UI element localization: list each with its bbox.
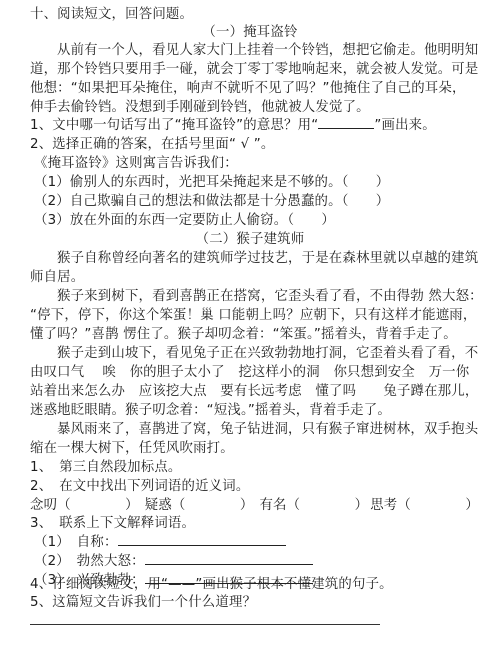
synonym-blank[interactable]: （ ） [57,498,139,513]
worksheet-page: 十、阅读短文，回答问题。 （一）掩耳盗铃 从前有一个人，看见人家大门上挂着一个铃… [0,0,500,660]
synonym-word: 疑惑 [145,498,172,513]
passage2-question-1: 1、 第三自然段加标点。 [30,459,182,477]
underline-mark [318,119,374,129]
passage2-question-2: 2、 在文中找出下列词语的近义词。 [30,478,249,496]
explain-row: （1） 自称： [34,533,286,552]
passage1-title: （一）掩耳盗铃 [0,24,500,42]
explain-row: （2） 勃然大怒： [34,552,313,571]
passage1-line: 他想：“如果把耳朵掩住，响声不就听不见了吗？”他掩住了自己的耳朵， [30,80,466,98]
passage2-line: “停下，停下，你这个笨蛋！巢 口能朝上吗？应朝下，只有这样才能遮雨， [30,307,477,325]
explain-label: （2） 勃然大怒： [34,554,145,569]
passage2-title: （二）猴子建筑师 [0,231,500,249]
question-text: 1、文中哪一句话写出了“掩耳盗铃”的意思？用“ [30,118,318,133]
passage2-question-5: 5、这篇短文告诉我们一个什么道理？ [30,594,256,612]
passage2-line: 缩在一棵大树下，任凭风吹雨打。 [30,440,234,458]
choice-option[interactable]: （1）偷别人的东西时，光把耳朵掩起来是不够的。（ ） [34,174,389,192]
question-text: ”画出来。 [374,118,436,133]
choice-option[interactable]: （3）放在外面的东西一定要防止人偷窃。（ ） [34,212,335,230]
passage2-line: 站着出来怎么办 应该挖大点 要有长远考虑 懂了吗 兔子蹲在那儿， [30,383,479,401]
answer-line[interactable] [118,533,286,546]
passage2-line: 迷惑地眨眼睛。猴子叨念着：“短浅。”摇着头，背着手走了。 [30,402,391,420]
passage1-question-1: 1、文中哪一句话写出了“掩耳盗铃”的意思？用“”画出来。 [30,117,436,135]
synonym-word: 思考 [370,498,397,513]
answer-line[interactable] [145,552,313,565]
passage2-line: 暴风雨来了，喜鹊进了窝，兔子钻进洞，只有猴子窜进树林，双手抱头 [57,421,478,439]
answer-line-q5[interactable] [30,624,380,625]
passage2-line: 由叹口气 唉 你的胆子太小了 挖这样小的洞 你只想到安全 万一你 [30,364,469,382]
choice-option[interactable]: （2）自己欺骗自己的想法和做法都是十分愚蠢的。（ ） [34,193,389,211]
passage1-line: 从前有一个人，看见人家大门上挂着一个铃铛，想把它偷走。他明明知 [57,42,478,60]
synonym-blank[interactable]: （ ） [397,498,479,513]
synonym-blank[interactable]: （ ） [172,498,254,513]
synonym-row: 念叨（ ）疑惑（ ）有名（ ）思考（ ） [30,497,479,515]
exercise-title: 十、阅读短文，回答问题。 [30,6,193,24]
passage2-line: 懂了吗？”喜鹊 愣住了。猴子却叨念着：“笨蛋。”摇着头，背着手走了。 [30,326,457,344]
passage2-line: 猴子自称曾经向著名的建筑师学过技艺，于是在森林里就以卓越的建筑 [57,250,478,268]
synonym-blank[interactable]: （ ） [287,498,369,513]
passage1-line: 伸手去偷铃铛。没想到手刚碰到铃铛，他就被人发觉了。 [30,99,370,117]
passage2-line: 师自居。 [30,269,84,287]
synonym-word: 念叨 [30,498,57,513]
passage1-question-2: 2、选择正确的答案，在括号里面“ √ ”。 [30,136,275,154]
synonym-word: 有名 [259,498,286,513]
passage1-question-2-lead: 《掩耳盗铃》这则寓言告诉我们： [34,155,238,173]
passage2-line: 猴子来到树下，看到喜鹊正在搭窝，它歪头看了看，不由得勃 然大怒： [57,288,483,306]
passage2-line: 猴子走到山坡下，看见兔子正在兴致勃勃地打洞，它歪着头看了看，不 [57,345,478,363]
passage2-question-4: 4、仔细阅读短文，用“——”画出猴子根本不懂建筑的句子。 [30,576,393,594]
explain-label: （1） 自称： [34,535,118,550]
passage1-line: 道，那个铃铛只要用手一碰，就会丁零丁零地响起来，就会被人发觉。可是 [30,61,479,79]
passage2-question-3: 3、 联系上下文解释词语。 [30,515,195,533]
